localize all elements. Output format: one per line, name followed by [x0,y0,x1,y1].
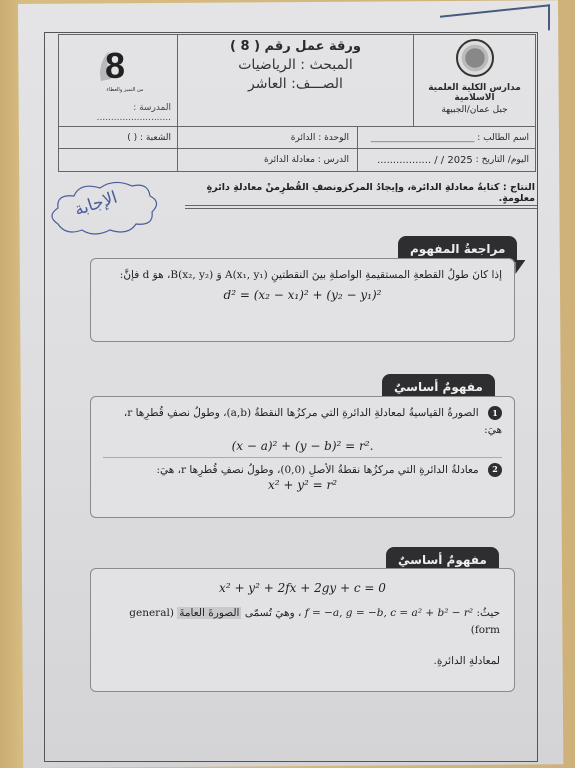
worksheet-title: ورقة عمل رقم ( 8 ) [178,39,413,54]
anniversary-logo-icon: 8 من التميز والعطاء [95,45,139,91]
standard-form-item: 1 الصورةُ القياسيةُ لمعادلةِ الدائرةِ ال… [103,405,502,453]
distance-formula: d² = (x₂ − x₁)² + (y₂ − y₁)² [103,288,502,302]
anniversary-block: 8 من التميز والعطاء المدرسة : ..........… [59,35,177,126]
where-suffix: ، وهيَ تُسمّى [245,607,302,619]
worksheet-title-block: ورقة عمل رقم ( 8 ) المبحث : الرياضيات ال… [177,35,413,126]
basic-concept-box-1: 1 الصورةُ القياسيةُ لمعادلةِ الدائرةِ ال… [90,396,515,518]
teacher-field[interactable]: المدرسة : .......................... [59,103,171,123]
item-number-badge: 2 [488,463,502,477]
basic-concept-box-2: x² + y² + 2fx + 2gy + c = 0 حيثُ: f = −a… [90,568,515,692]
subject: المبحث : الرياضيات [178,57,413,73]
worksheet-header: مدارس الكلية العلمية الاسلامية جبل عمان/… [58,34,536,172]
student-name-value: _______________________ [371,133,475,143]
distance-definition: إذا كانَ طولُ القطعةِ المستقيمةِ الواصلة… [103,267,502,284]
coefficient-definitions: f = −a, g = −b, c = a² + b² − r² [305,607,473,619]
date-field[interactable]: اليوم/ التاريخ : ................. / / 2… [357,149,535,171]
student-name-field[interactable]: اسم الطالب : _______________________ [357,127,535,148]
double-divider [185,205,537,209]
school-location: جبل عمان/الجبيهة [414,105,535,115]
teacher-value: .......................... [97,113,171,123]
handwritten-answer-cloud: الإجابة [44,176,164,238]
standard-form-formula: (x − a)² + (y − b)² = r². [103,439,502,453]
grade: الصـــف: العاشر [178,76,413,92]
general-form-label-ar: الصورةَ العامةَ [177,607,241,619]
school-logo-icon [456,39,494,77]
general-form-closing: لمعادلةِ الدائرةِ. [105,653,500,670]
school-info: مدارس الكلية العلمية الاسلامية جبل عمان/… [413,35,535,126]
origin-form-text: معادلةُ الدائرةِ التي مركزُها نقطةُ الأص… [156,464,478,476]
date-row: اليوم/ التاريخ : ................. / / 2… [59,149,535,171]
where-prefix: حيثُ: [476,607,500,619]
date-label: اليوم/ التاريخ : [476,155,529,165]
empty-cell [59,149,177,171]
standard-form-text: الصورةُ القياسيةُ لمعادلةِ الدائرةِ التي… [124,407,502,436]
unit: الوحدة : الدائرة [177,127,357,148]
learning-outcome: النتاج : كتابةُ معادلةِ الدائرة، وإيجادُ… [180,182,535,204]
teacher-label: المدرسة : [133,103,171,113]
concept-review-box: إذا كانَ طولُ القطعةِ المستقيمةِ الواصلة… [90,258,515,342]
student-name-label: اسم الطالب : [477,133,529,143]
school-name: مدارس الكلية العلمية الاسلامية [414,83,535,103]
origin-form-formula: x² + y² = r² [103,478,502,492]
general-form-formula: x² + y² + 2fx + 2gy + c = 0 [105,581,500,595]
anniversary-number: 8 [105,45,125,87]
item-number-badge: 1 [488,406,502,420]
item-divider [103,457,502,458]
anniversary-tagline: من التميز والعطاء [95,87,155,93]
student-row: اسم الطالب : _______________________ الو… [59,127,535,149]
date-value: ................. / / 2025 [377,155,473,166]
lesson: الدرس : معادلة الدائرة [177,149,357,171]
general-form-explanation: حيثُ: f = −a, g = −b, c = a² + b² − r² ،… [105,605,500,639]
origin-form-item: 2 معادلةُ الدائرةِ التي مركزُها نقطةُ ال… [103,462,502,493]
section-field[interactable]: الشعبة : ( ) [59,127,177,148]
